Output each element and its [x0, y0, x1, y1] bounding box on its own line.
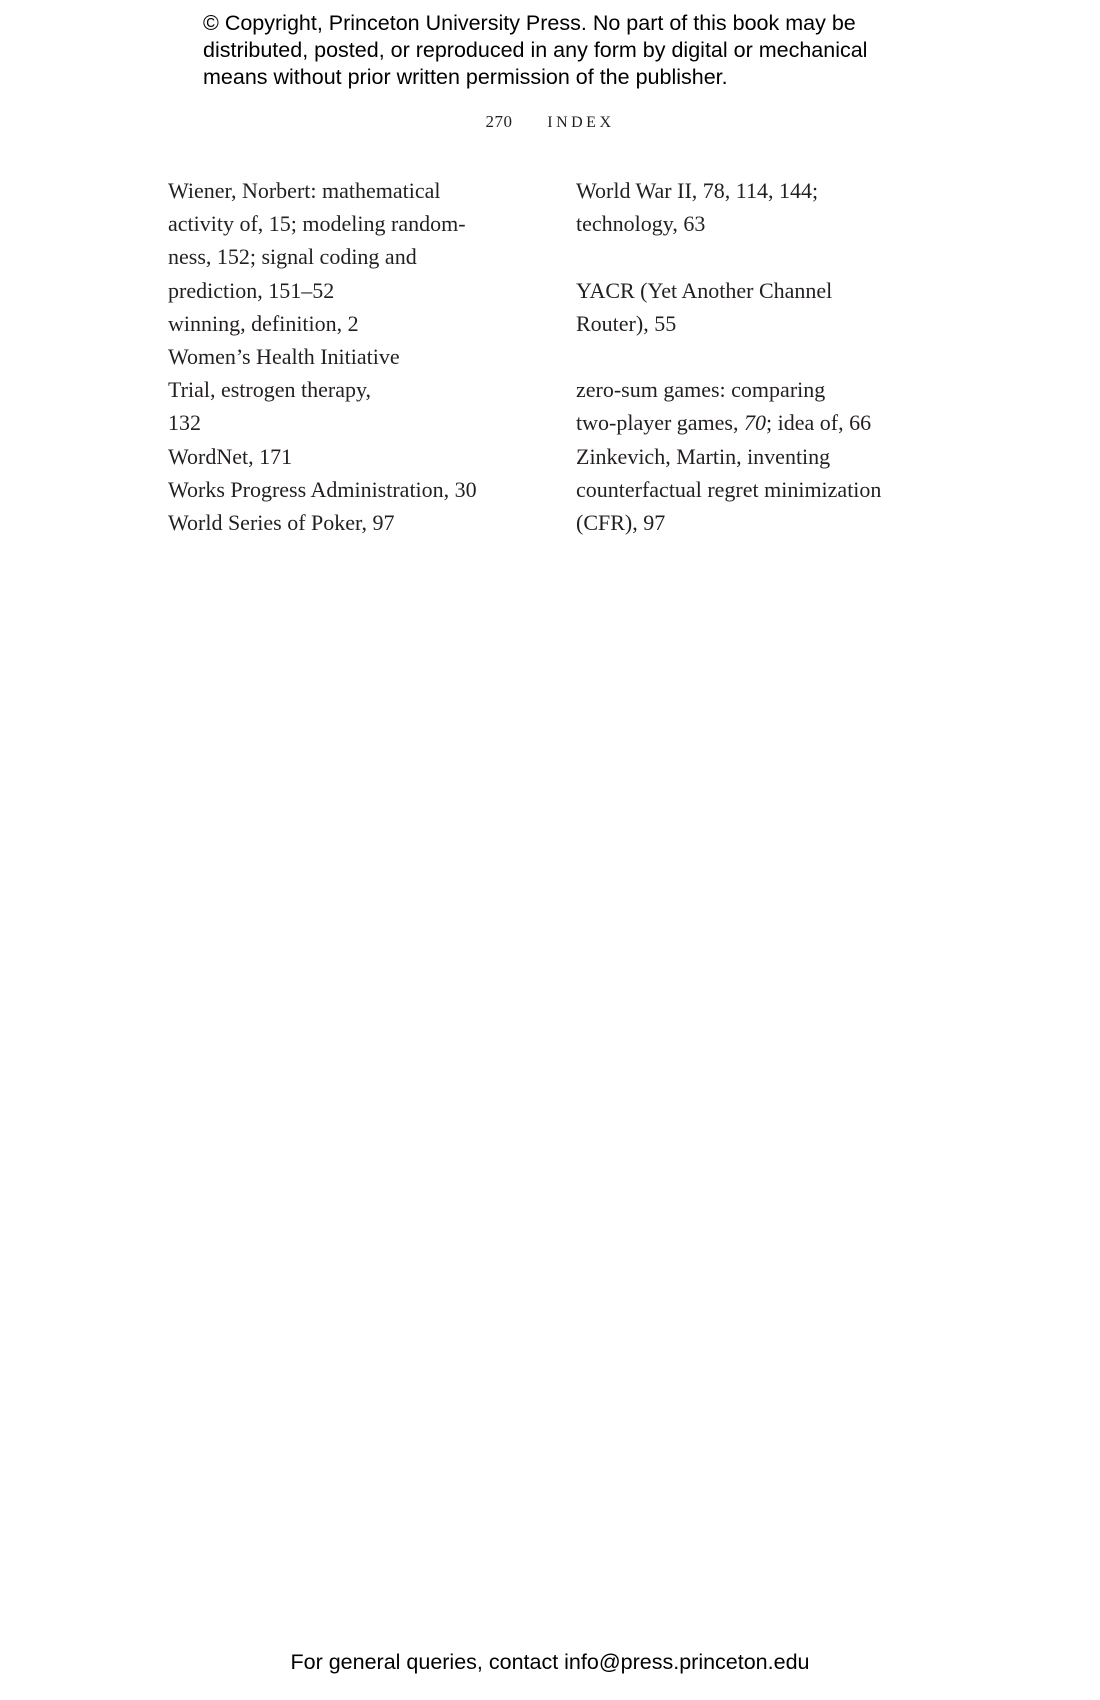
entry-line: winning, definition, 2	[192, 307, 528, 340]
running-head: 270 Index	[0, 112, 1100, 132]
entry-line: prediction, 151–52	[192, 274, 528, 307]
index-column-left: Wiener, Norbert: mathematical activity o…	[168, 174, 528, 539]
entry-line: Zinkevich, Martin, inventing	[600, 440, 956, 473]
entry-line: 132	[192, 406, 528, 439]
entry-text: two-player games,	[576, 410, 744, 435]
entry-line: ness, 152; signal coding and	[192, 240, 528, 273]
entry-text: ; idea of, 66	[766, 410, 871, 435]
entry-line: technology, 63	[600, 207, 956, 240]
entry-line: Women’s Health Initiative	[192, 340, 528, 373]
copyright-line: © Copyright, Princeton University Press.…	[203, 10, 923, 37]
entry-line: Wiener, Norbert: mathematical	[192, 174, 528, 207]
index-entry: Women’s Health Initiative Trial, estroge…	[168, 340, 528, 440]
entry-line: two-player games, 70; idea of, 66	[600, 406, 956, 439]
footer-contact: For general queries, contact info@press.…	[0, 1650, 1100, 1675]
index-entry: Works Progress Administration, 30	[168, 473, 528, 506]
entry-line: (CFR), 97	[600, 506, 956, 539]
copyright-line: means without prior written permission o…	[203, 64, 923, 91]
copyright-line: distributed, posted, or reproduced in an…	[203, 37, 923, 64]
entry-line: YACR (Yet Another Channel	[600, 274, 956, 307]
entry-line: counterfactual regret minimization	[600, 473, 956, 506]
index-entry: Wiener, Norbert: mathematical activity o…	[168, 174, 528, 307]
section-title: Index	[547, 114, 614, 131]
copyright-notice: © Copyright, Princeton University Press.…	[203, 10, 923, 91]
index-entry: zero-sum games: comparing two-player gam…	[576, 373, 956, 439]
entry-line: WordNet, 171	[192, 440, 528, 473]
index-entry: World Series of Poker, 97	[168, 506, 528, 539]
entry-line: Trial, estrogen therapy,	[192, 373, 528, 406]
index-entry: YACR (Yet Another Channel Router), 55	[576, 274, 956, 340]
index-column-right: World War II, 78, 114, 144; technology, …	[576, 174, 956, 539]
entry-line: World War II, 78, 114, 144;	[600, 174, 956, 207]
index-entry: World War II, 78, 114, 144; technology, …	[576, 174, 956, 240]
entry-line: activity of, 15; modeling random-	[192, 207, 528, 240]
letter-group-gap	[576, 340, 956, 373]
index-entry: winning, definition, 2	[168, 307, 528, 340]
index-entry: Zinkevich, Martin, inventing counterfact…	[576, 440, 956, 540]
entry-line: Works Progress Administration, 30	[192, 473, 528, 506]
letter-group-gap	[576, 240, 956, 273]
entry-line: World Series of Poker, 97	[192, 506, 528, 539]
page-number: 270	[485, 112, 512, 131]
index-entry: WordNet, 171	[168, 440, 528, 473]
entry-line: zero-sum games: comparing	[600, 373, 956, 406]
italic-page-ref: 70	[744, 410, 766, 435]
entry-line: Router), 55	[600, 307, 956, 340]
